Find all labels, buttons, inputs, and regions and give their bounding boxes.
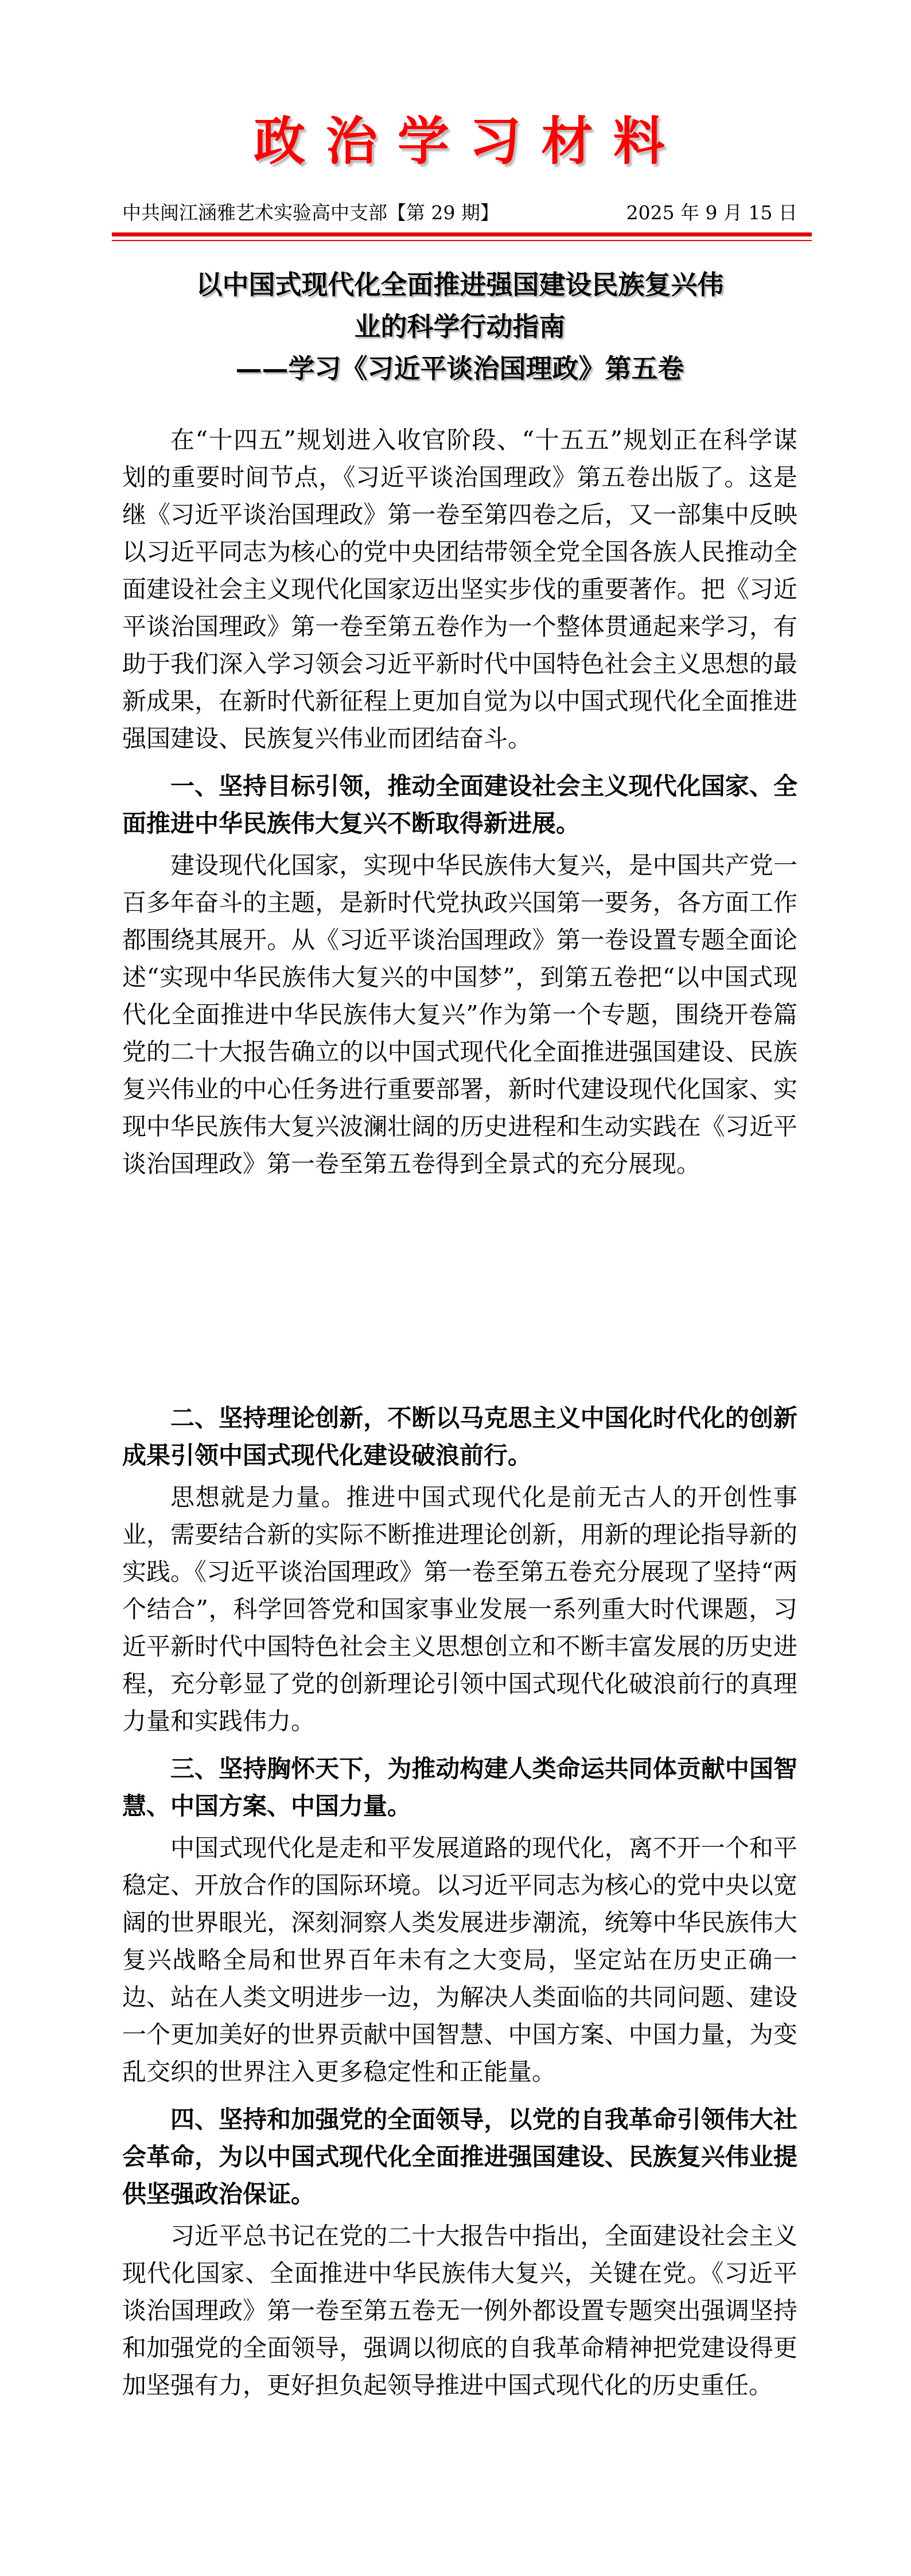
article-subtitle: ——学习《习近平谈治国理政》第五卷 [122, 348, 797, 390]
section-3-body: 中国式现代化是走和平发展道路的现代化，离不开一个和平稳定、开放合作的国际环境。以… [122, 1829, 797, 2090]
masthead-date: 2025 年 9 月 15 日 [626, 201, 797, 224]
masthead-title: 政 治 学 习 材 料 [122, 0, 797, 170]
document-page: 政 治 学 习 材 料 中共闽江涵雅艺术实验高中支部【第 29 期】 2025 … [0, 0, 911, 2576]
lead-paragraph: 在“十四五”规划进入收官阶段、“十五五”规划正在科学谋划的重要时间节点，《习近平… [122, 421, 797, 757]
red-rule-thick [112, 232, 812, 236]
section-2-body: 思想就是力量。推进中国式现代化是前无古人的开创性事业，需要结合新的实际不断推进理… [122, 1479, 797, 1740]
section-1-body: 建设现代化国家，实现中华民族伟大复兴，是中国共产党一百多年奋斗的主题，是新时代党… [122, 847, 797, 1182]
red-rule-thin [112, 240, 812, 241]
page-break-spacer [122, 1182, 797, 1389]
article-title-line-1: 以中国式现代化全面推进强国建设民族复兴伟 [122, 264, 797, 306]
document-content: 政 治 学 习 材 料 中共闽江涵雅艺术实验高中支部【第 29 期】 2025 … [122, 0, 797, 2404]
section-4-body: 习近平总书记在党的二十大报告中指出，全面建设社会主义现代化国家、全面推进中华民族… [122, 2217, 797, 2404]
masthead-issuer: 中共闽江涵雅艺术实验高中支部【第 29 期】 [122, 201, 499, 224]
section-4-heading: 四、坚持和加强党的全面领导，以党的自我革命引领伟大社会革命，为以中国式现代化全面… [122, 2101, 797, 2213]
article-title: 以中国式现代化全面推进强国建设民族复兴伟 业的科学行动指南 ——学习《习近平谈治… [122, 264, 797, 390]
section-1-heading: 一、坚持目标引领，推动全面建设社会主义现代化国家、全面推进中华民族伟大复兴不断取… [122, 767, 797, 842]
section-3-heading: 三、坚持胸怀天下，为推动构建人类命运共同体贡献中国智慧、中国方案、中国力量。 [122, 1750, 797, 1825]
section-2-heading: 二、坚持理论创新，不断以马克思主义中国化时代化的创新成果引领中国式现代化建设破浪… [122, 1399, 797, 1474]
article-title-line-2: 业的科学行动指南 [122, 306, 797, 348]
masthead-info-row: 中共闽江涵雅艺术实验高中支部【第 29 期】 2025 年 9 月 15 日 [122, 201, 797, 224]
